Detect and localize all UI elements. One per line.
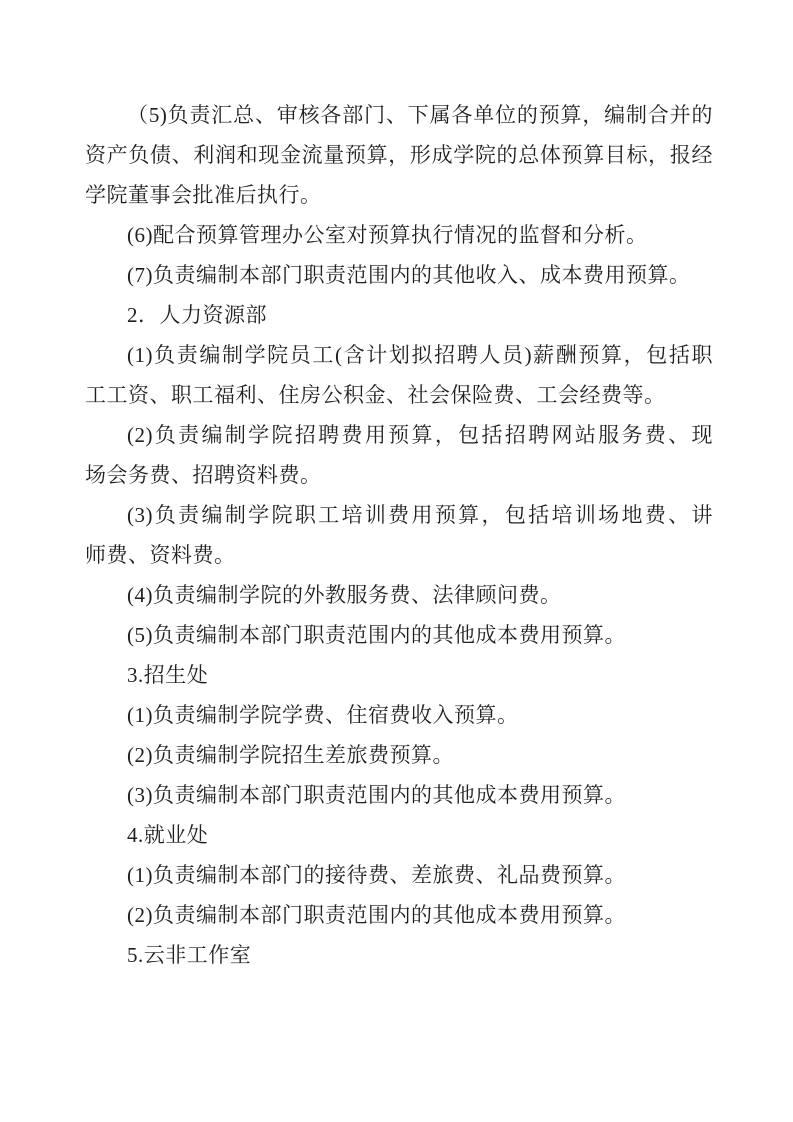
text-line: (4)负责编制学院的外教服务费、法律顾问费。 — [85, 575, 713, 615]
paragraph: (3)负责编制学院职工培训费用预算，包括培训场地费、讲师费、资料费。 — [85, 495, 713, 575]
section-heading: 4.就业处 — [85, 815, 713, 855]
text-line: 师费、资料费。 — [85, 535, 713, 575]
paragraph: (2)负责编制学院招生差旅费预算。 — [85, 735, 713, 775]
document-page: （5)负责汇总、审核各部门、下属各单位的预算，编制合并的资产负债、利润和现金流量… — [0, 0, 793, 1122]
section-heading: 3.招生处 — [85, 655, 713, 695]
text-line: 3.招生处 — [85, 655, 713, 695]
text-line: （5)负责汇总、审核各部门、下属各单位的预算，编制合并的 — [85, 95, 713, 135]
text-line: 2．人力资源部 — [85, 295, 713, 335]
section-heading: 5.云非工作室 — [85, 935, 713, 975]
text-line: 4.就业处 — [85, 815, 713, 855]
text-line: (6)配合预算管理办公室对预算执行情况的监督和分析。 — [85, 215, 713, 255]
paragraph: (6)配合预算管理办公室对预算执行情况的监督和分析。 — [85, 215, 713, 255]
section-heading: 2．人力资源部 — [85, 295, 713, 335]
text-line: 资产负债、利润和现金流量预算，形成学院的总体预算目标，报经 — [85, 135, 713, 175]
text-line: 5.云非工作室 — [85, 935, 713, 975]
paragraph: (1)负责编制学院学费、住宿费收入预算。 — [85, 695, 713, 735]
text-line: (3)负责编制学院职工培训费用预算，包括培训场地费、讲 — [85, 495, 713, 535]
paragraph: (4)负责编制学院的外教服务费、法律顾问费。 — [85, 575, 713, 615]
paragraph: (3)负责编制本部门职责范围内的其他成本费用预算。 — [85, 775, 713, 815]
text-block: （5)负责汇总、审核各部门、下属各单位的预算，编制合并的资产负债、利润和现金流量… — [85, 95, 713, 975]
paragraph: (2)负责编制学院招聘费用预算，包括招聘网站服务费、现场会务费、招聘资料费。 — [85, 415, 713, 495]
paragraph: (2)负责编制本部门职责范围内的其他成本费用预算。 — [85, 895, 713, 935]
text-line: 工工资、职工福利、住房公积金、社会保险费、工会经费等。 — [85, 375, 713, 415]
paragraph: (7)负责编制本部门职责范围内的其他收入、成本费用预算。 — [85, 255, 713, 295]
text-line: (1)负责编制本部门的接待费、差旅费、礼品费预算。 — [85, 855, 713, 895]
text-line: (3)负责编制本部门职责范围内的其他成本费用预算。 — [85, 775, 713, 815]
text-line: (7)负责编制本部门职责范围内的其他收入、成本费用预算。 — [85, 255, 713, 295]
paragraph: (1)负责编制本部门的接待费、差旅费、礼品费预算。 — [85, 855, 713, 895]
text-line: (1)负责编制学院员工(含计划拟招聘人员)薪酬预算，包括职 — [85, 335, 713, 375]
text-line: (2)负责编制本部门职责范围内的其他成本费用预算。 — [85, 895, 713, 935]
text-line: 场会务费、招聘资料费。 — [85, 455, 713, 495]
text-line: (2)负责编制学院招生差旅费预算。 — [85, 735, 713, 775]
text-line: 学院董事会批准后执行。 — [85, 175, 713, 215]
paragraph: (1)负责编制学院员工(含计划拟招聘人员)薪酬预算，包括职工工资、职工福利、住房… — [85, 335, 713, 415]
paragraph: （5)负责汇总、审核各部门、下属各单位的预算，编制合并的资产负债、利润和现金流量… — [85, 95, 713, 215]
text-line: (2)负责编制学院招聘费用预算，包括招聘网站服务费、现 — [85, 415, 713, 455]
text-line: (5)负责编制本部门职责范围内的其他成本费用预算。 — [85, 615, 713, 655]
paragraph: (5)负责编制本部门职责范围内的其他成本费用预算。 — [85, 615, 713, 655]
text-line: (1)负责编制学院学费、住宿费收入预算。 — [85, 695, 713, 735]
